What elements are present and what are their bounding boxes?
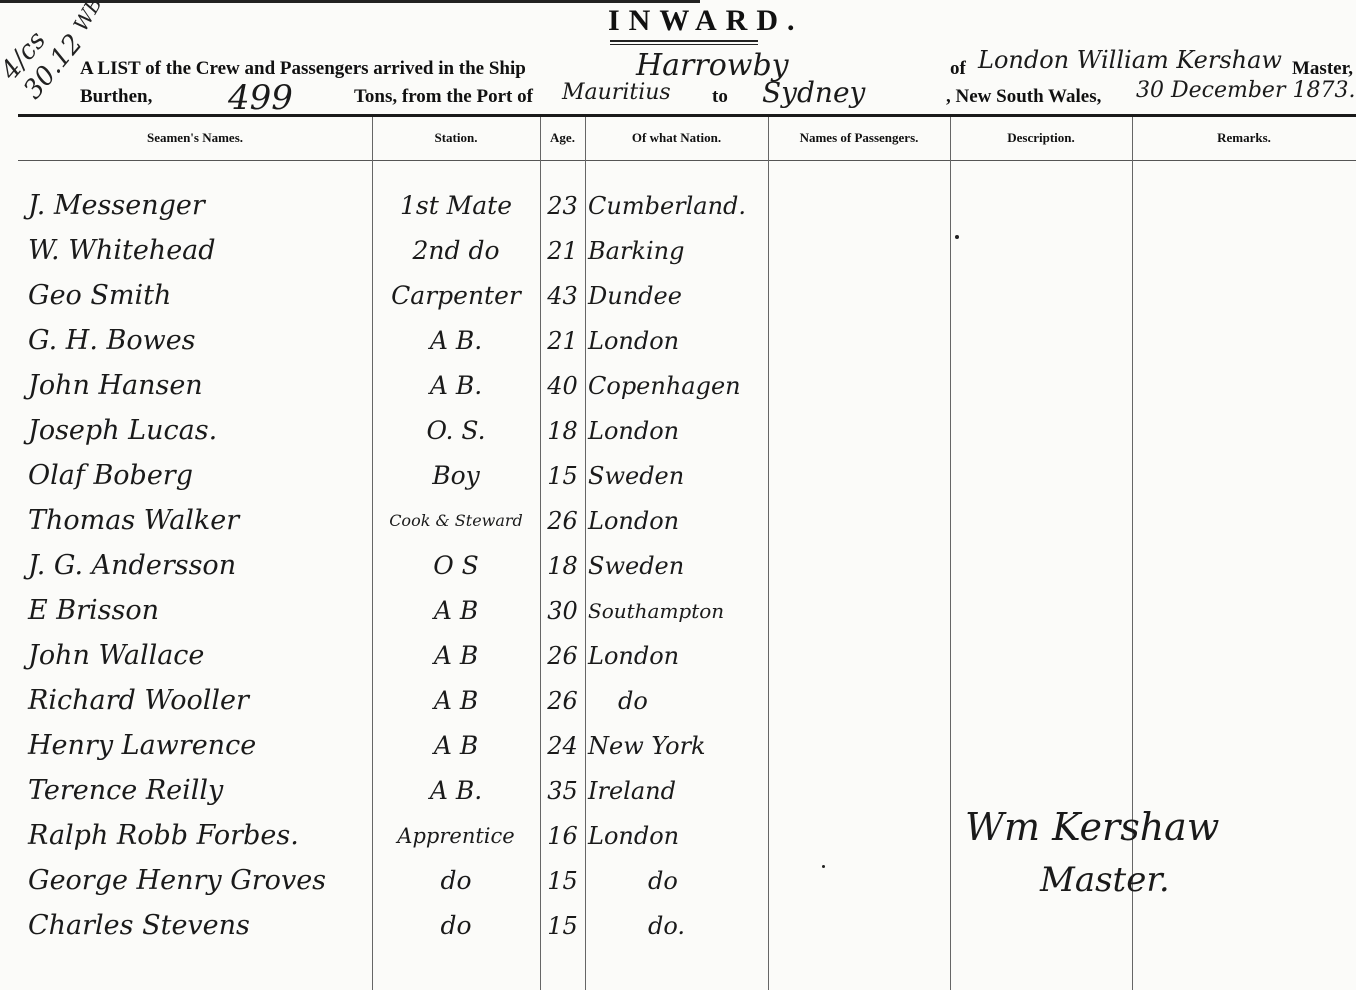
seaman-nation: London [588, 642, 768, 670]
seaman-nation: New York [588, 732, 768, 760]
crew-row: J. Messenger 1st Mate 23 Cumberland. [0, 183, 770, 228]
seaman-name: John Wallace [28, 640, 358, 671]
seaman-nation: Copenhagen [588, 372, 768, 400]
home-port-and-master: London William Kershaw [978, 46, 1282, 74]
seaman-age: 18 [540, 417, 585, 445]
of-label: of [950, 58, 966, 80]
arrival-date: 30 December 1873. [1136, 78, 1355, 103]
crew-row: Geo Smith Carpenter 43 Dundee [0, 273, 770, 318]
seaman-age: 43 [540, 282, 585, 310]
from-port: Mauritius [562, 80, 671, 105]
seaman-name: Richard Wooller [28, 685, 358, 716]
crew-row: John Wallace A B 26 London [0, 633, 770, 678]
seaman-age: 26 [540, 642, 585, 670]
seaman-name: Olaf Boberg [28, 460, 358, 491]
header-list-label: A LIST of the Crew and Passengers arrive… [80, 58, 526, 80]
column-divider [950, 117, 951, 990]
seaman-name: Henry Lawrence [28, 730, 358, 761]
seaman-station: Apprentice [372, 824, 540, 848]
seaman-station: 2nd do [372, 236, 540, 265]
seaman-nation: London [588, 507, 768, 535]
seaman-nation: Cumberland. [588, 192, 768, 220]
seaman-age: 24 [540, 732, 585, 760]
seaman-nation: do. [588, 912, 828, 940]
column-header-passenger-names: Names of Passengers. [768, 118, 950, 158]
seaman-age: 18 [540, 552, 585, 580]
column-header-station: Station. [372, 118, 540, 158]
column-header-rule [18, 160, 1356, 161]
seaman-name: J. G. Andersson [28, 550, 358, 581]
seaman-station: Carpenter [372, 281, 540, 310]
seaman-station: A B [372, 686, 540, 715]
seaman-age: 21 [540, 327, 585, 355]
seaman-station: do [372, 911, 540, 940]
seaman-nation: do [588, 687, 798, 715]
seaman-station: A B. [372, 776, 540, 805]
crew-row: E Brisson A B 30 Southampton [0, 588, 770, 633]
ink-mark [822, 865, 825, 868]
colony-label: , New South Wales, [946, 86, 1101, 108]
crew-row: Charles Stevens do 15 do. [0, 903, 770, 948]
seaman-name: Thomas Walker [28, 505, 358, 536]
seaman-age: 26 [540, 507, 585, 535]
seaman-station: A B. [372, 371, 540, 400]
seaman-nation: do [588, 867, 828, 895]
crew-row: George Henry Groves do 15 do [0, 858, 770, 903]
seaman-name: Terence Reilly [28, 775, 358, 806]
seaman-station: A B [372, 641, 540, 670]
seaman-nation: London [588, 417, 768, 445]
seaman-age: 35 [540, 777, 585, 805]
crew-row: John Hansen A B. 40 Copenhagen [0, 363, 770, 408]
seaman-age: 23 [540, 192, 585, 220]
seaman-station: A B [372, 731, 540, 760]
crew-row: Joseph Lucas. O. S. 18 London [0, 408, 770, 453]
crew-table-body: J. Messenger 1st Mate 23 Cumberland. W. … [0, 183, 770, 948]
seaman-age: 16 [540, 822, 585, 850]
seaman-name: Joseph Lucas. [28, 415, 358, 446]
seaman-station: A B [372, 596, 540, 625]
seaman-name: Charles Stevens [28, 910, 358, 941]
seaman-name: G. H. Bowes [28, 325, 358, 356]
crew-row: Henry Lawrence A B 24 New York [0, 723, 770, 768]
crew-row: Thomas Walker Cook & Steward 26 London [0, 498, 770, 543]
crew-row: G. H. Bowes A B. 21 London [0, 318, 770, 363]
seaman-station: Boy [372, 461, 540, 490]
column-header-remarks: Remarks. [1132, 118, 1356, 158]
seaman-age: 40 [540, 372, 585, 400]
seaman-station: A B. [372, 326, 540, 355]
seaman-name: John Hansen [28, 370, 358, 401]
seaman-name: Ralph Robb Forbes. [28, 820, 358, 851]
crew-row: Richard Wooller A B 26 do [0, 678, 770, 723]
title-underline [610, 40, 758, 42]
master-signature-title: Master. [1040, 860, 1170, 900]
seaman-name: W. Whitehead [28, 235, 358, 266]
seaman-station: O S [372, 551, 540, 580]
seaman-age: 30 [540, 597, 585, 625]
seaman-name: Geo Smith [28, 280, 358, 311]
seaman-nation: Dundee [588, 282, 768, 310]
title-underline-thin [610, 44, 758, 45]
seaman-station: O. S. [372, 416, 540, 445]
seaman-nation: Sweden [588, 462, 768, 490]
to-label: to [712, 86, 728, 108]
column-header-age: Age. [540, 118, 585, 158]
seaman-station: do [372, 866, 540, 895]
crew-row: W. Whitehead 2nd do 21 Barking [0, 228, 770, 273]
to-port: Sydney [762, 76, 865, 109]
seaman-age: 15 [540, 912, 585, 940]
page-title: INWARD. [608, 4, 804, 38]
ink-mark [955, 235, 959, 239]
top-border-line [0, 0, 700, 3]
seaman-age: 15 [540, 462, 585, 490]
seaman-age: 15 [540, 867, 585, 895]
crew-row: Olaf Boberg Boy 15 Sweden [0, 453, 770, 498]
burthen-label: Burthen, [80, 86, 152, 108]
seaman-nation: London [588, 822, 768, 850]
seaman-station: Cook & Steward [372, 511, 540, 530]
crew-row: J. G. Andersson O S 18 Sweden [0, 543, 770, 588]
column-header-description: Description. [950, 118, 1132, 158]
seaman-nation: Barking [588, 237, 768, 265]
column-header-nation: Of what Nation. [585, 118, 768, 158]
seaman-nation: London [588, 327, 768, 355]
seaman-nation: Sweden [588, 552, 768, 580]
seaman-age: 26 [540, 687, 585, 715]
burthen-value: 499 [228, 78, 293, 118]
master-label: Master, [1292, 58, 1353, 80]
header-rule [18, 114, 1356, 117]
seaman-nation: Southampton [588, 599, 768, 623]
seaman-age: 21 [540, 237, 585, 265]
seaman-nation: Ireland [588, 777, 768, 805]
seaman-name: E Brisson [28, 595, 358, 626]
seaman-name: J. Messenger [28, 190, 358, 221]
crew-row: Ralph Robb Forbes. Apprentice 16 London [0, 813, 770, 858]
seaman-name: George Henry Groves [28, 865, 358, 896]
tons-label: Tons, from the Port of [354, 86, 533, 108]
seaman-station: 1st Mate [372, 191, 540, 220]
master-signature: Wm Kershaw [965, 805, 1219, 849]
crew-row: Terence Reilly A B. 35 Ireland [0, 768, 770, 813]
column-header-seamen-names: Seamen's Names. [18, 118, 372, 158]
